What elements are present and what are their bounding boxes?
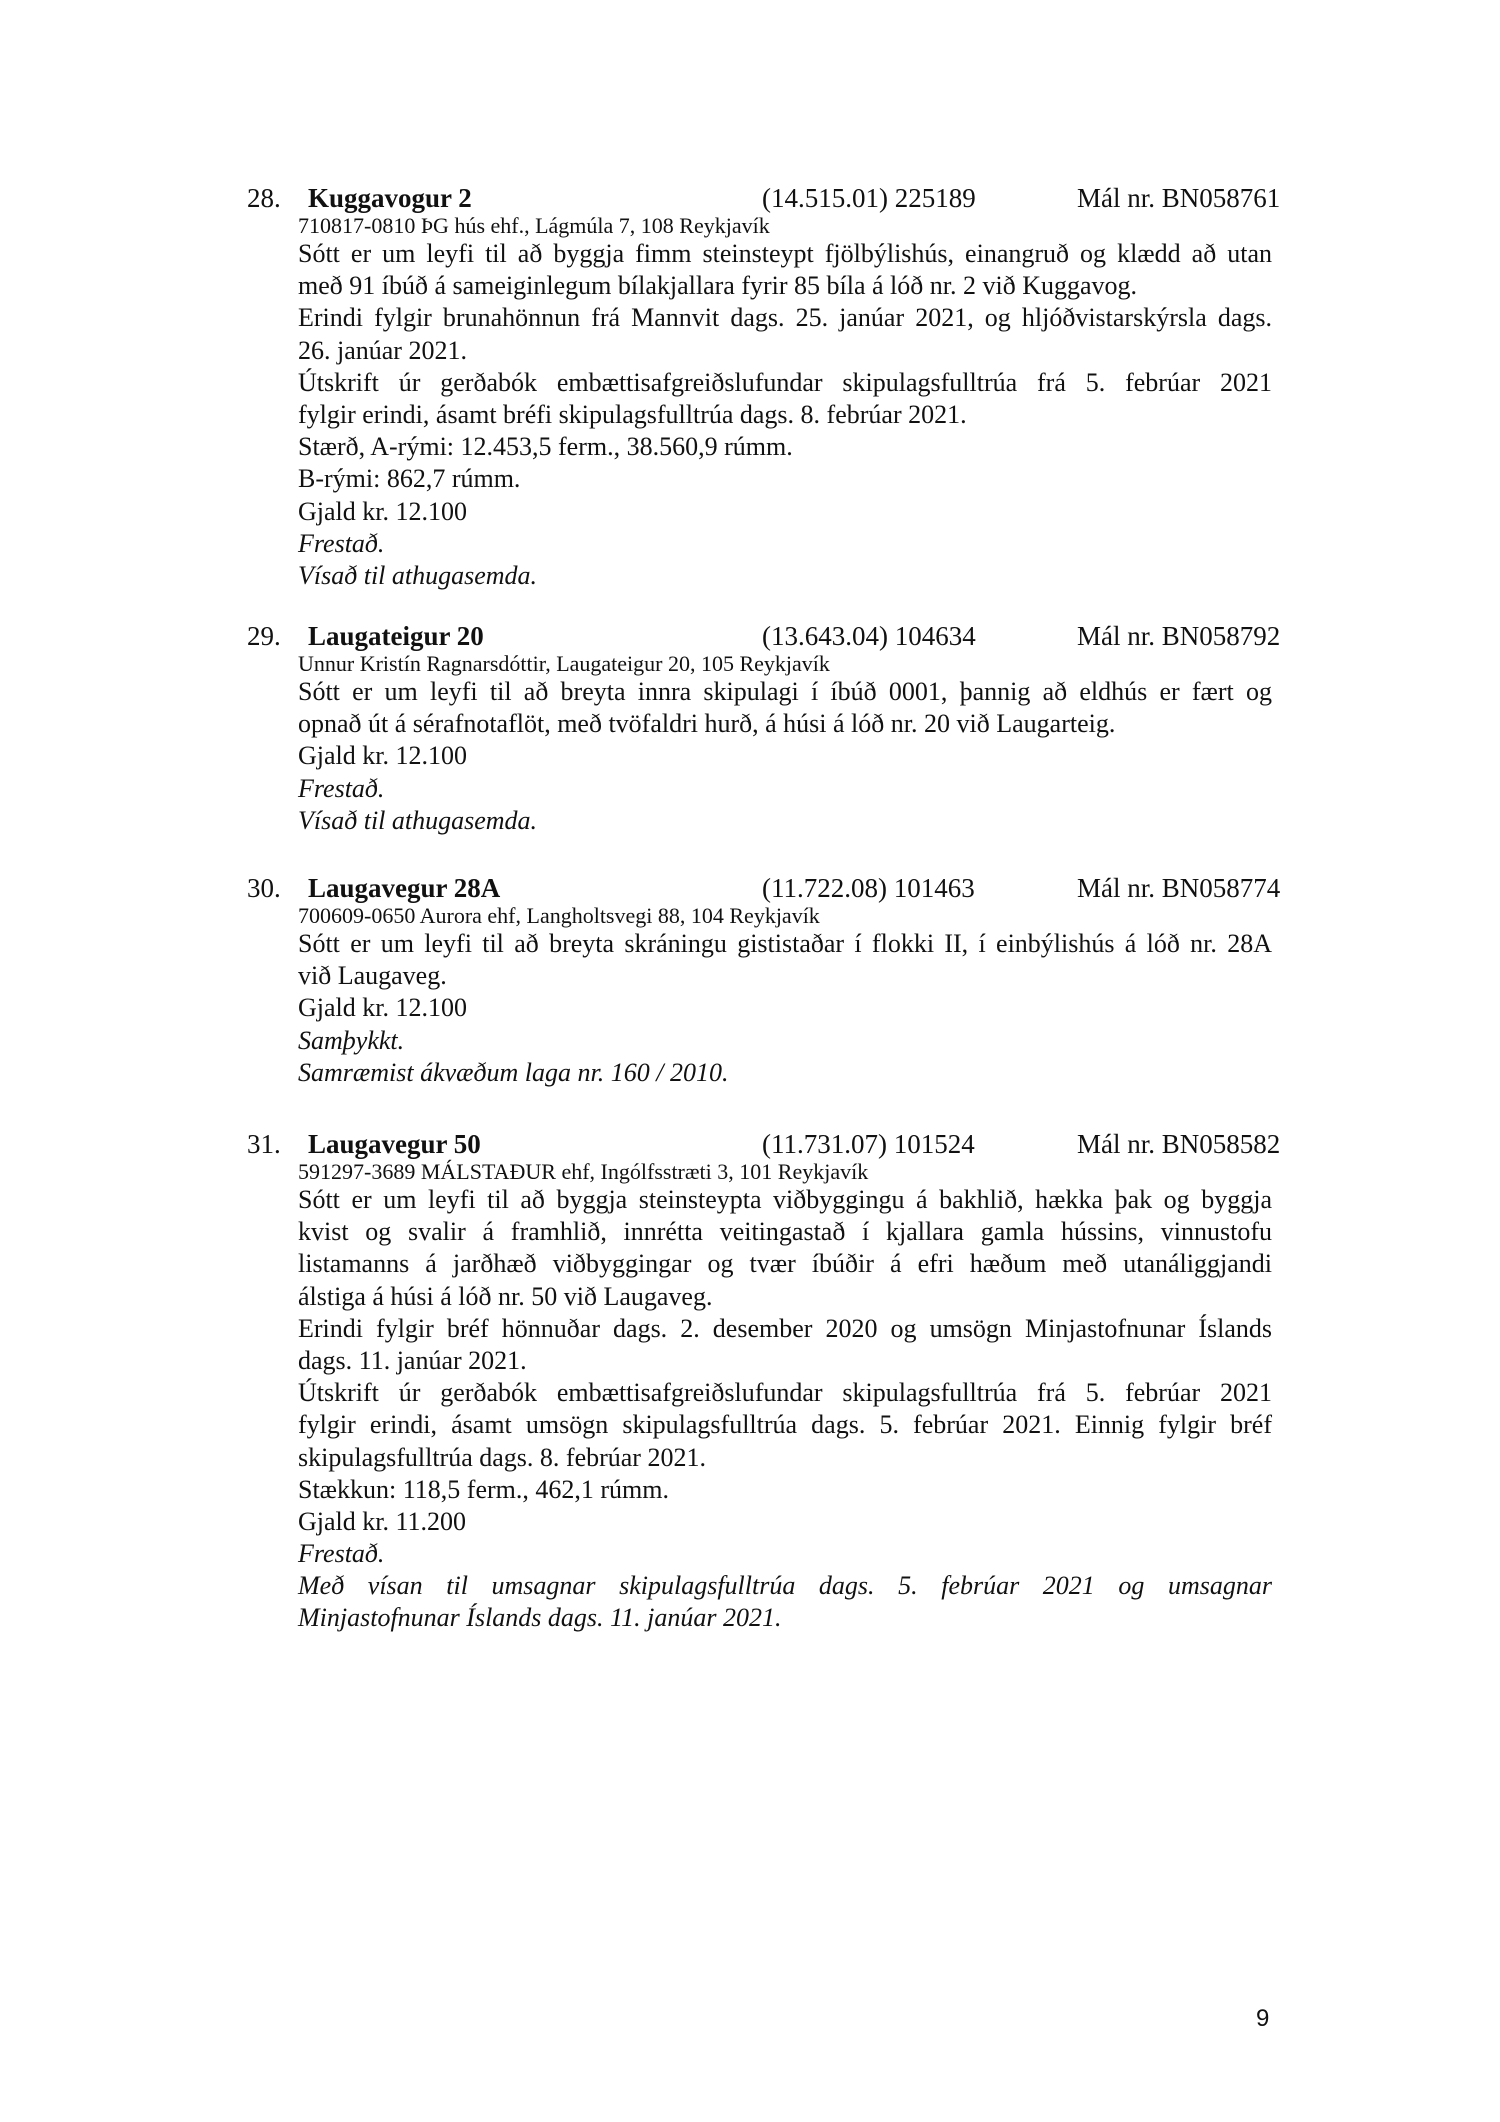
item-number: 28. bbox=[247, 183, 281, 213]
body-text-line: Gjald kr. 12.100 bbox=[298, 992, 1272, 1024]
item-land-reference: (11.731.07) 101524 bbox=[762, 1129, 975, 1159]
decision-text-line: Frestað. bbox=[298, 1538, 1272, 1570]
body-text-line: fylgir erindi, ásamt bréfi skipulagsfull… bbox=[298, 399, 1272, 431]
agenda-item-28: 28. Kuggavogur 2 (14.515.01) 225189 Mál … bbox=[0, 183, 1500, 592]
decision-text-line: Frestað. bbox=[298, 773, 1272, 805]
body-text-line: kvist og svalir á framhlið, innrétta vei… bbox=[298, 1216, 1272, 1248]
body-text-line: Stækkun: 118,5 ferm., 462,1 rúmm. bbox=[298, 1474, 1272, 1506]
item-address: Kuggavogur 2 bbox=[308, 183, 472, 213]
item-case-number: Mál nr. BN058774 bbox=[1077, 873, 1280, 903]
body-text-line: Sótt er um leyfi til að breyta skráningu… bbox=[298, 928, 1272, 960]
body-text-line: Gjald kr. 11.200 bbox=[298, 1506, 1272, 1538]
agenda-item-31: 31. Laugavegur 50 (11.731.07) 101524 Mál… bbox=[0, 1129, 1500, 1635]
item-applicant: 700609-0650 Aurora ehf, Langholtsvegi 88… bbox=[298, 903, 1500, 928]
item-header: 30. Laugavegur 28A (11.722.08) 101463 Má… bbox=[0, 873, 1500, 903]
item-applicant: Unnur Kristín Ragnarsdóttir, Laugateigur… bbox=[298, 651, 1500, 676]
item-header: 28. Kuggavogur 2 (14.515.01) 225189 Mál … bbox=[0, 183, 1500, 213]
item-body: Sótt er um leyfi til að byggja steinstey… bbox=[298, 1184, 1272, 1635]
body-text-line: Sótt er um leyfi til að byggja steinstey… bbox=[298, 1184, 1272, 1216]
item-case-number: Mál nr. BN058792 bbox=[1077, 621, 1280, 651]
body-text-line: Erindi fylgir bréf hönnuðar dags. 2. des… bbox=[298, 1313, 1272, 1345]
item-body: Sótt er um leyfi til að breyta innra ski… bbox=[298, 676, 1272, 837]
body-text-line: Útskrift úr gerðabók embættisafgreiðsluf… bbox=[298, 1377, 1272, 1409]
item-case-number: Mál nr. BN058761 bbox=[1077, 183, 1280, 213]
body-text-line: Stærð, A-rými: 12.453,5 ferm., 38.560,9 … bbox=[298, 431, 1272, 463]
decision-text-line: Samþykkt. bbox=[298, 1025, 1272, 1057]
item-number: 31. bbox=[247, 1129, 281, 1159]
body-text-line: skipulagsfulltrúa dags. 8. febrúar 2021. bbox=[298, 1442, 1272, 1474]
body-text-line: Erindi fylgir brunahönnun frá Mannvit da… bbox=[298, 302, 1272, 334]
item-land-reference: (13.643.04) 104634 bbox=[762, 621, 976, 651]
decision-text-line: Samræmist ákvæðum laga nr. 160 / 2010. bbox=[298, 1057, 1272, 1089]
item-header: 31. Laugavegur 50 (11.731.07) 101524 Mál… bbox=[0, 1129, 1500, 1159]
body-text-line: Gjald kr. 12.100 bbox=[298, 496, 1272, 528]
body-text-line: 26. janúar 2021. bbox=[298, 335, 1272, 367]
decision-text-line: Minjastofnunar Íslands dags. 11. janúar … bbox=[298, 1602, 1272, 1634]
item-land-reference: (14.515.01) 225189 bbox=[762, 183, 976, 213]
item-address: Laugavegur 50 bbox=[308, 1129, 481, 1159]
agenda-item-29: 29. Laugateigur 20 (13.643.04) 104634 Má… bbox=[0, 621, 1500, 837]
item-body: Sótt er um leyfi til að byggja fimm stei… bbox=[298, 238, 1272, 592]
body-text-line: Gjald kr. 12.100 bbox=[298, 740, 1272, 772]
item-land-reference: (11.722.08) 101463 bbox=[762, 873, 975, 903]
body-text-line: Sótt er um leyfi til að breyta innra ski… bbox=[298, 676, 1272, 708]
item-address: Laugavegur 28A bbox=[308, 873, 500, 903]
item-address: Laugateigur 20 bbox=[308, 621, 484, 651]
body-text-line: með 91 íbúð á sameiginlegum bílakjallara… bbox=[298, 270, 1272, 302]
page-number: 9 bbox=[1256, 2004, 1269, 2034]
item-applicant: 710817-0810 ÞG hús ehf., Lágmúla 7, 108 … bbox=[298, 213, 1500, 238]
body-text-line: fylgir erindi, ásamt umsögn skipulagsful… bbox=[298, 1409, 1272, 1441]
document-page: 28. Kuggavogur 2 (14.515.01) 225189 Mál … bbox=[0, 0, 1500, 2122]
body-text-line: B-rými: 862,7 rúmm. bbox=[298, 463, 1272, 495]
body-text-line: dags. 11. janúar 2021. bbox=[298, 1345, 1272, 1377]
body-text-line: opnað út á sérafnotaflöt, með tvöfaldri … bbox=[298, 708, 1272, 740]
item-number: 30. bbox=[247, 873, 281, 903]
body-text-line: listamanns á jarðhæð viðbyggingar og tvæ… bbox=[298, 1248, 1272, 1280]
body-text-line: við Laugaveg. bbox=[298, 960, 1272, 992]
body-text-line: álstiga á húsi á lóð nr. 50 við Laugaveg… bbox=[298, 1281, 1272, 1313]
decision-text-line: Vísað til athugasemda. bbox=[298, 805, 1272, 837]
item-body: Sótt er um leyfi til að breyta skráningu… bbox=[298, 928, 1272, 1089]
item-case-number: Mál nr. BN058582 bbox=[1077, 1129, 1280, 1159]
decision-text-line: Með vísan til umsagnar skipulagsfulltrúa… bbox=[298, 1570, 1272, 1602]
decision-text-line: Frestað. bbox=[298, 528, 1272, 560]
decision-text-line: Vísað til athugasemda. bbox=[298, 560, 1272, 592]
item-header: 29. Laugateigur 20 (13.643.04) 104634 Má… bbox=[0, 621, 1500, 651]
body-text-line: Útskrift úr gerðabók embættisafgreiðsluf… bbox=[298, 367, 1272, 399]
body-text-line: Sótt er um leyfi til að byggja fimm stei… bbox=[298, 238, 1272, 270]
item-number: 29. bbox=[247, 621, 281, 651]
agenda-item-30: 30. Laugavegur 28A (11.722.08) 101463 Má… bbox=[0, 873, 1500, 1089]
item-applicant: 591297-3689 MÁLSTAÐUR ehf, Ingólfsstræti… bbox=[298, 1159, 1500, 1184]
